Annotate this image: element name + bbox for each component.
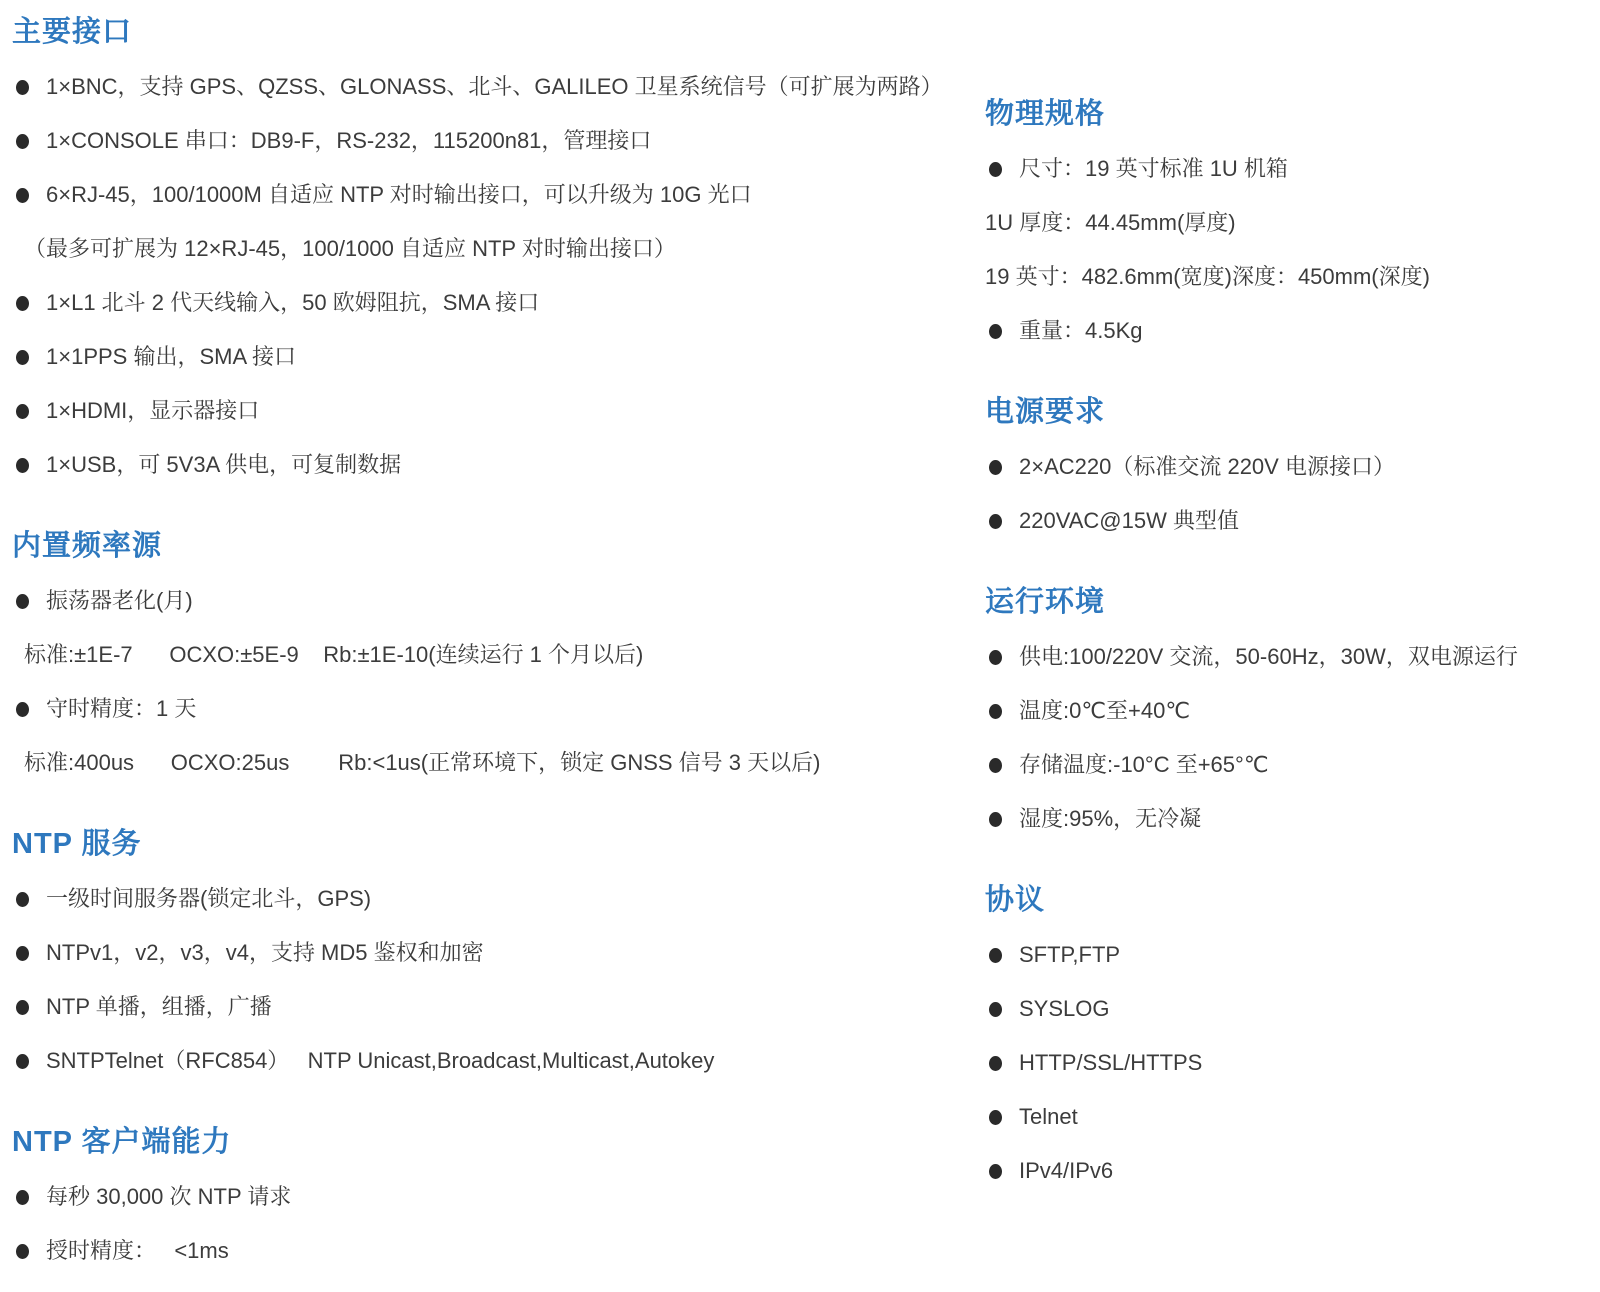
- spec-item: SNTPTelnet（RFC854） NTP Unicast,Broadcast…: [12, 1034, 972, 1088]
- spec-item-text: 供电:100/220V 交流，50-60Hz，30W，双电源运行: [1019, 644, 1518, 669]
- spec-item-text: 2×AC220（标准交流 220V 电源接口）: [1019, 454, 1395, 479]
- spec-item-text: 尺寸：19 英寸标准 1U 机箱: [1019, 156, 1288, 181]
- spec-item-continuation: 标准:400us OCXO:25us Rb:<1us(正常环境下，锁定 GNSS…: [12, 736, 972, 790]
- spec-item: 湿度:95%，无冷凝: [985, 792, 1600, 846]
- bullet-icon: [16, 1000, 29, 1015]
- bullet-icon: [989, 514, 1002, 529]
- spec-item: 1×CONSOLE 串口：DB9-F，RS-232，115200n81，管理接口: [12, 114, 972, 168]
- section-title-ntp-client: NTP 客户端能力: [12, 1124, 972, 1160]
- spec-item-text: 守时精度：1 天: [46, 696, 196, 721]
- spec-item: 存储温度:-10°C 至+65°℃: [985, 738, 1600, 792]
- spec-item-continuation: （最多可扩展为 12×RJ-45，100/1000 自适应 NTP 对时输出接口…: [12, 222, 972, 276]
- section-title-main-interfaces: 主要接口: [12, 14, 972, 50]
- spec-item-text: 湿度:95%，无冷凝: [1019, 806, 1201, 831]
- bullet-icon: [989, 948, 1002, 963]
- spec-item-text: 1×HDMI，显示器接口: [46, 398, 259, 423]
- spec-item-text: 1×USB，可 5V3A 供电，可复制数据: [46, 452, 401, 477]
- bullet-icon: [989, 1002, 1002, 1017]
- spec-item: 授时精度： <1ms: [12, 1224, 972, 1278]
- bullet-icon: [16, 946, 29, 961]
- spec-item: 重量：4.5Kg: [985, 304, 1600, 358]
- spec-column-left: 主要接口1×BNC，支持 GPS、QZSS、GLONASS、北斗、GALILEO…: [12, 10, 972, 1278]
- bullet-icon: [989, 324, 1002, 339]
- bullet-icon: [989, 650, 1002, 665]
- bullet-icon: [16, 702, 29, 717]
- spec-item: 每秒 30,000 次 NTP 请求: [12, 1170, 972, 1224]
- spec-item-text: 标准:±1E-7 OCXO:±5E-9 Rb:±1E-10(连续运行 1 个月以…: [24, 642, 643, 667]
- bullet-icon: [989, 1110, 1002, 1125]
- spec-item-text: 温度:0℃至+40℃: [1019, 698, 1190, 723]
- spec-item: 温度:0℃至+40℃: [985, 684, 1600, 738]
- spec-item-continuation: 1U 厚度：44.45mm(厚度): [985, 196, 1600, 250]
- spec-item-text: SFTP,FTP: [1019, 942, 1120, 967]
- spec-item-text: 1×L1 北斗 2 代天线输入，50 欧姆阻抗，SMA 接口: [46, 290, 539, 315]
- spec-item-text: 存储温度:-10°C 至+65°℃: [1019, 752, 1269, 777]
- bullet-icon: [16, 80, 29, 95]
- spec-item: 守时精度：1 天: [12, 682, 972, 736]
- spec-item: 2×AC220（标准交流 220V 电源接口）: [985, 440, 1600, 494]
- spec-item-text: HTTP/SSL/HTTPS: [1019, 1050, 1202, 1075]
- spec-item-text: 每秒 30,000 次 NTP 请求: [46, 1184, 291, 1209]
- spec-item-text: 授时精度： <1ms: [46, 1238, 229, 1263]
- spec-item-text: 重量：4.5Kg: [1019, 318, 1143, 343]
- spec-item-text: 1×BNC，支持 GPS、QZSS、GLONASS、北斗、GALILEO 卫星系…: [46, 74, 943, 99]
- spec-item: 1×USB，可 5V3A 供电，可复制数据: [12, 438, 972, 492]
- spec-item: 6×RJ-45，100/1000M 自适应 NTP 对时输出接口，可以升级为 1…: [12, 168, 972, 222]
- bullet-icon: [16, 594, 29, 609]
- spec-item-text: Telnet: [1019, 1104, 1078, 1129]
- spec-item-text: 1×1PPS 输出，SMA 接口: [46, 344, 296, 369]
- spec-item-text: （最多可扩展为 12×RJ-45，100/1000 自适应 NTP 对时输出接口…: [24, 236, 676, 261]
- section-title-operating-environment: 运行环境: [985, 584, 1600, 620]
- bullet-icon: [16, 188, 29, 203]
- spec-item-text: 标准:400us OCXO:25us Rb:<1us(正常环境下，锁定 GNSS…: [24, 750, 820, 775]
- spec-item-text: 19 英寸：482.6mm(宽度)深度：450mm(深度): [985, 264, 1430, 289]
- spec-item: 振荡器老化(月): [12, 574, 972, 628]
- spec-item: IPv4/IPv6: [985, 1144, 1600, 1198]
- spec-item-text: NTP 单播，组播，广播: [46, 994, 272, 1019]
- spec-item-text: 6×RJ-45，100/1000M 自适应 NTP 对时输出接口，可以升级为 1…: [46, 182, 752, 207]
- spec-item-text: NTPv1，v2，v3，v4，支持 MD5 鉴权和加密: [46, 940, 484, 965]
- bullet-icon: [16, 458, 29, 473]
- spec-item: 1×L1 北斗 2 代天线输入，50 欧姆阻抗，SMA 接口: [12, 276, 972, 330]
- spec-item: 1×HDMI，显示器接口: [12, 384, 972, 438]
- spec-item: 尺寸：19 英寸标准 1U 机箱: [985, 142, 1600, 196]
- spec-item: 1×BNC，支持 GPS、QZSS、GLONASS、北斗、GALILEO 卫星系…: [12, 60, 972, 114]
- spec-item: 供电:100/220V 交流，50-60Hz，30W，双电源运行: [985, 630, 1600, 684]
- bullet-icon: [989, 704, 1002, 719]
- bullet-icon: [16, 350, 29, 365]
- spec-item-text: SNTPTelnet（RFC854） NTP Unicast,Broadcast…: [46, 1048, 714, 1073]
- spec-item: 一级时间服务器(锁定北斗，GPS): [12, 872, 972, 926]
- bullet-icon: [989, 758, 1002, 773]
- bullet-icon: [16, 1244, 29, 1259]
- spec-item: Telnet: [985, 1090, 1600, 1144]
- section-title-ntp-service: NTP 服务: [12, 826, 972, 862]
- spec-item: 1×1PPS 输出，SMA 接口: [12, 330, 972, 384]
- spec-item-text: 220VAC@15W 典型值: [1019, 508, 1239, 533]
- spec-item-text: 振荡器老化(月): [46, 588, 193, 613]
- spec-item: NTP 单播，组播，广播: [12, 980, 972, 1034]
- bullet-icon: [989, 812, 1002, 827]
- spec-item-text: SYSLOG: [1019, 996, 1109, 1021]
- spec-item-text: 一级时间服务器(锁定北斗，GPS): [46, 886, 371, 911]
- bullet-icon: [16, 134, 29, 149]
- spec-item-continuation: 19 英寸：482.6mm(宽度)深度：450mm(深度): [985, 250, 1600, 304]
- spec-item-continuation: 标准:±1E-7 OCXO:±5E-9 Rb:±1E-10(连续运行 1 个月以…: [12, 628, 972, 682]
- bullet-icon: [989, 460, 1002, 475]
- spec-item: 220VAC@15W 典型值: [985, 494, 1600, 548]
- spec-column-right: 物理规格尺寸：19 英寸标准 1U 机箱1U 厚度：44.45mm(厚度)19 …: [985, 92, 1600, 1198]
- spec-item-text: 1×CONSOLE 串口：DB9-F，RS-232，115200n81，管理接口: [46, 128, 651, 153]
- spec-item-text: IPv4/IPv6: [1019, 1158, 1113, 1183]
- section-title-power-requirements: 电源要求: [985, 394, 1600, 430]
- bullet-icon: [989, 1164, 1002, 1179]
- bullet-icon: [16, 1190, 29, 1205]
- section-title-frequency-source: 内置频率源: [12, 528, 972, 564]
- spec-item-text: 1U 厚度：44.45mm(厚度): [985, 210, 1236, 235]
- section-title-protocols: 协议: [985, 882, 1600, 918]
- section-title-physical-specs: 物理规格: [985, 96, 1600, 132]
- spec-item: HTTP/SSL/HTTPS: [985, 1036, 1600, 1090]
- bullet-icon: [16, 892, 29, 907]
- bullet-icon: [16, 296, 29, 311]
- bullet-icon: [989, 162, 1002, 177]
- bullet-icon: [989, 1056, 1002, 1071]
- bullet-icon: [16, 1054, 29, 1069]
- spec-item: SFTP,FTP: [985, 928, 1600, 982]
- spec-item: SYSLOG: [985, 982, 1600, 1036]
- spec-item: NTPv1，v2，v3，v4，支持 MD5 鉴权和加密: [12, 926, 972, 980]
- bullet-icon: [16, 404, 29, 419]
